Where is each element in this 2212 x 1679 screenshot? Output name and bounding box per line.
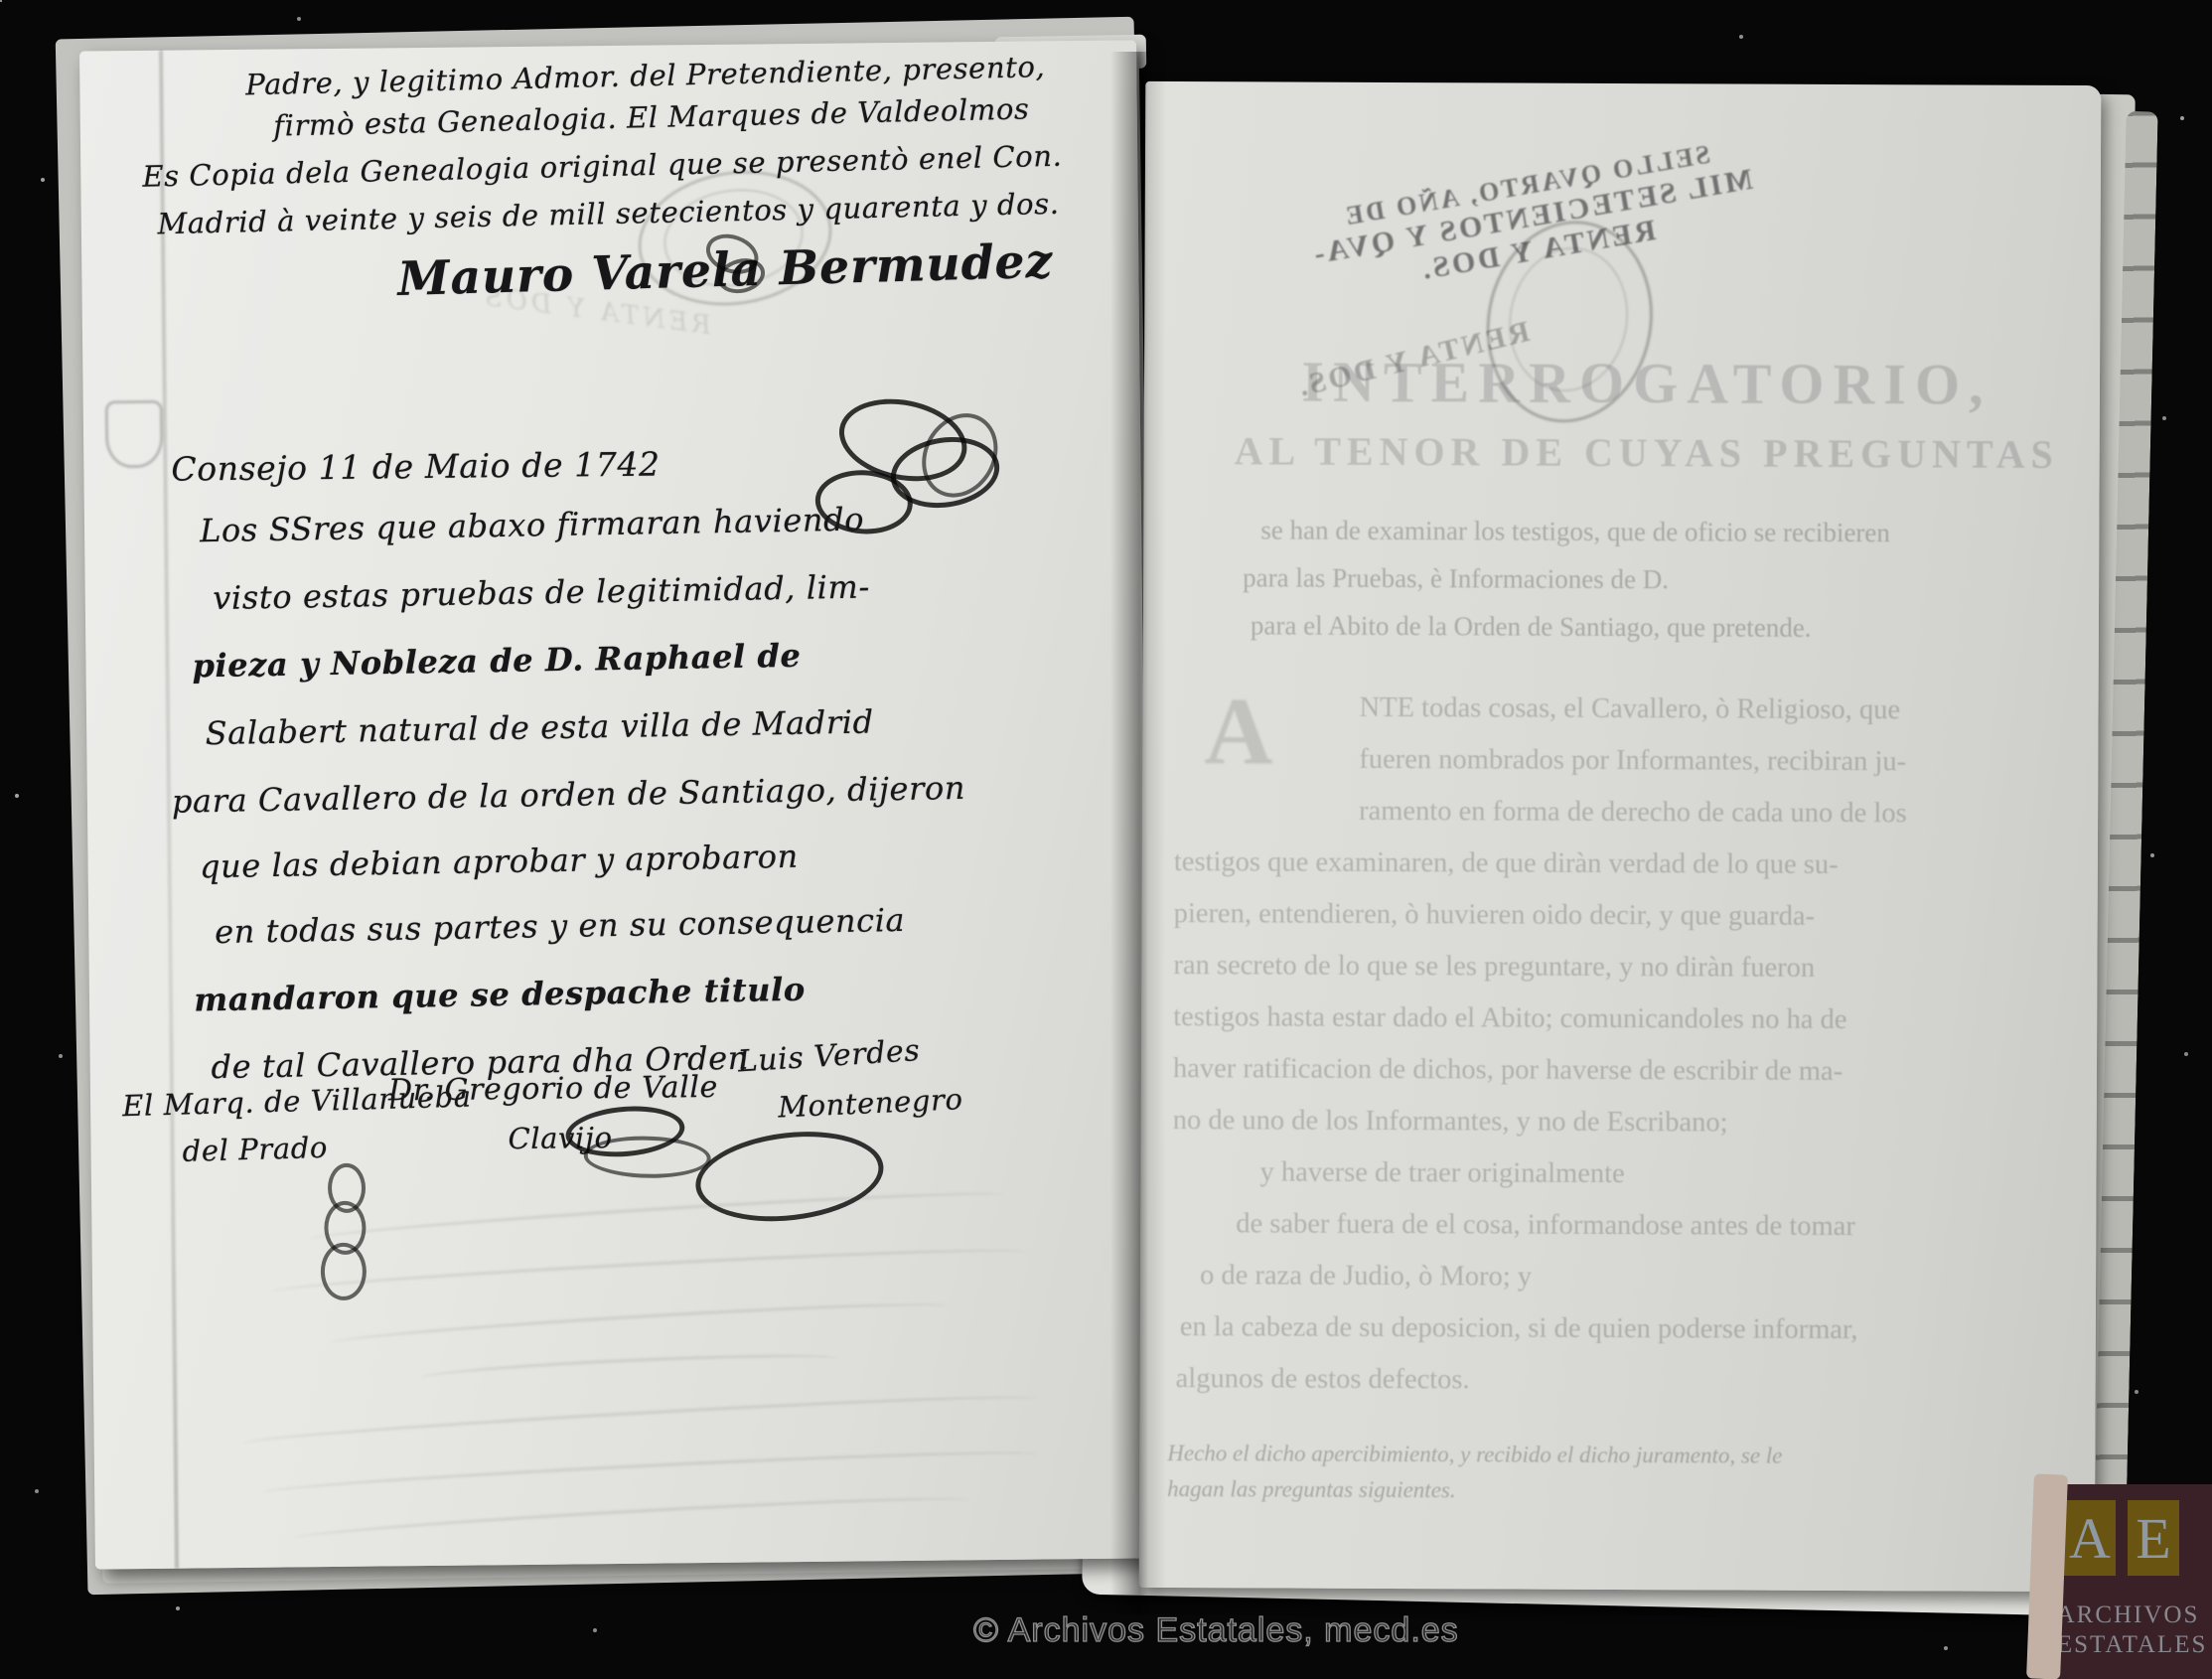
logo-caption-archivos: ARCHIVOS bbox=[2044, 1602, 2212, 1629]
handwritten-line: Salabert natural de esta villa de Madrid bbox=[205, 702, 874, 752]
printed-line: para el Abito de la Orden de Santiago, q… bbox=[1251, 610, 1812, 643]
handwritten-line: que las debian aprobar y aprobaron bbox=[200, 838, 799, 886]
printed-line: testigos que examinaren, de que diràn ve… bbox=[1174, 846, 1839, 881]
printed-line: para las Pruebas, è Informaciones de D. bbox=[1243, 562, 1669, 595]
printed-line: no de uno de los Informantes, y no de Es… bbox=[1173, 1105, 1728, 1139]
signature-gregorio-valle: Dr. Gregorio de Valle bbox=[388, 1070, 718, 1108]
printed-note-line: hagan las preguntas siguientes. bbox=[1167, 1476, 1456, 1503]
handwritten-line: en todas sus partes y en su consequencia bbox=[215, 901, 906, 951]
printed-line: se han de examinar los testigos, que de … bbox=[1260, 515, 1890, 548]
archive-watermark: © Archivos Estatales, mecd.es bbox=[973, 1611, 1459, 1650]
handwritten-line: visto estas pruebas de legitimidad, lim- bbox=[213, 568, 870, 618]
printed-line: pieren, entendieren, ò huvieren oido dec… bbox=[1174, 898, 1816, 933]
dust-specks bbox=[0, 0, 2, 2]
signature-marques-villanueva-2: del Prado bbox=[182, 1131, 328, 1168]
printed-line: fueren nombrados por Informantes, recibi… bbox=[1359, 744, 1906, 778]
printed-line: en la cabeza de su deposicion, si de qui… bbox=[1180, 1311, 1858, 1346]
printed-line: NTE todas cosas, el Cavallero, ò Religio… bbox=[1359, 692, 1900, 726]
printed-line: haver ratificacion de dichos, por havers… bbox=[1173, 1053, 1843, 1088]
printed-line: o de raza de Judio, ò Moro; y bbox=[1200, 1260, 1532, 1293]
printed-line: de saber fuera de el cosa, informandose … bbox=[1236, 1208, 1855, 1243]
logo-caption-estatales: .ESTATALES bbox=[2044, 1631, 2212, 1659]
right-printed-page: SELLO QVARTO, AÑO DE MIL SETECIENTOS Y Q… bbox=[1139, 81, 2102, 1592]
interrogatorio-subtitle: AL TENOR DE CUYAS PREGUNTAS bbox=[1200, 427, 2094, 478]
handwritten-line: mandaron que se despache titulo bbox=[194, 971, 806, 1019]
council-resolution-block: Los SSres que abaxo firmaran haviendo vi… bbox=[74, 37, 1158, 1573]
interrogatorio-title: INTERROGATORIO, bbox=[1200, 348, 2094, 418]
logo-letter-a: A bbox=[2064, 1500, 2116, 1576]
drop-cap-A: A bbox=[1204, 676, 1273, 786]
printed-line: testigos hasta estar dado el Abito; comu… bbox=[1173, 1001, 1846, 1036]
handwritten-line: Los SSres que abaxo firmaran haviendo bbox=[200, 501, 865, 550]
left-manuscript-page: Padre, y legitimo Admor. del Pretendient… bbox=[79, 40, 1152, 1569]
printed-line: y haverse de traer originalmente bbox=[1259, 1156, 1624, 1190]
printed-line: ramento en forma de derecho de cada uno … bbox=[1359, 796, 1907, 830]
printed-note-line: Hecho el dicho apercibimiento, y recibid… bbox=[1167, 1441, 1782, 1469]
handwritten-line: pieza y Nobleza de D. Raphael de bbox=[192, 637, 802, 686]
logo-letter-e: E bbox=[2128, 1500, 2179, 1576]
printed-line: algunos de estos defectos. bbox=[1176, 1363, 1470, 1396]
handwritten-line: para Cavallero de la orden de Santiago, … bbox=[172, 769, 966, 821]
archivos-estatales-logo: A E ARCHIVOS .ESTATALES bbox=[2044, 1484, 2212, 1679]
printed-line: ran secreto de lo que se les preguntare,… bbox=[1173, 950, 1815, 985]
